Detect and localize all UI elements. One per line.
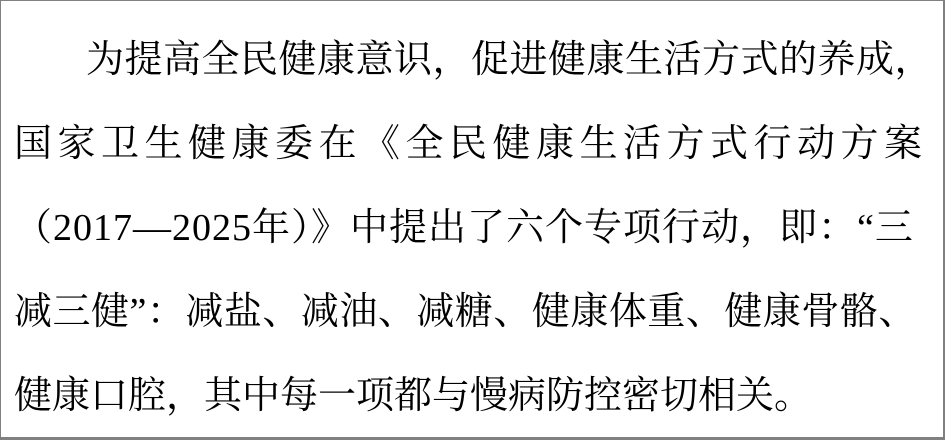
paragraph-line-4: 减三健”：减盐、减油、减糖、健康体重、健康骨骼、 xyxy=(14,270,930,354)
paragraph: 为提高全民健康意识，促进健康生活方式的养成， 国家卫生健康委在《全民健康生活方式… xyxy=(1,1,943,438)
paragraph-line-3: （2017—2025年）》中提出了六个专项行动，即：“三 xyxy=(14,186,930,270)
document-page: 为提高全民健康意识，促进健康生活方式的养成， 国家卫生健康委在《全民健康生活方式… xyxy=(0,0,945,440)
paragraph-line-5: 健康口腔，其中每一项都与慢病防控密切相关。 xyxy=(14,354,930,438)
paragraph-line-1: 为提高全民健康意识，促进健康生活方式的养成， xyxy=(14,18,930,102)
paragraph-line-2: 国家卫生健康委在《全民健康生活方式行动方案 xyxy=(14,102,930,186)
